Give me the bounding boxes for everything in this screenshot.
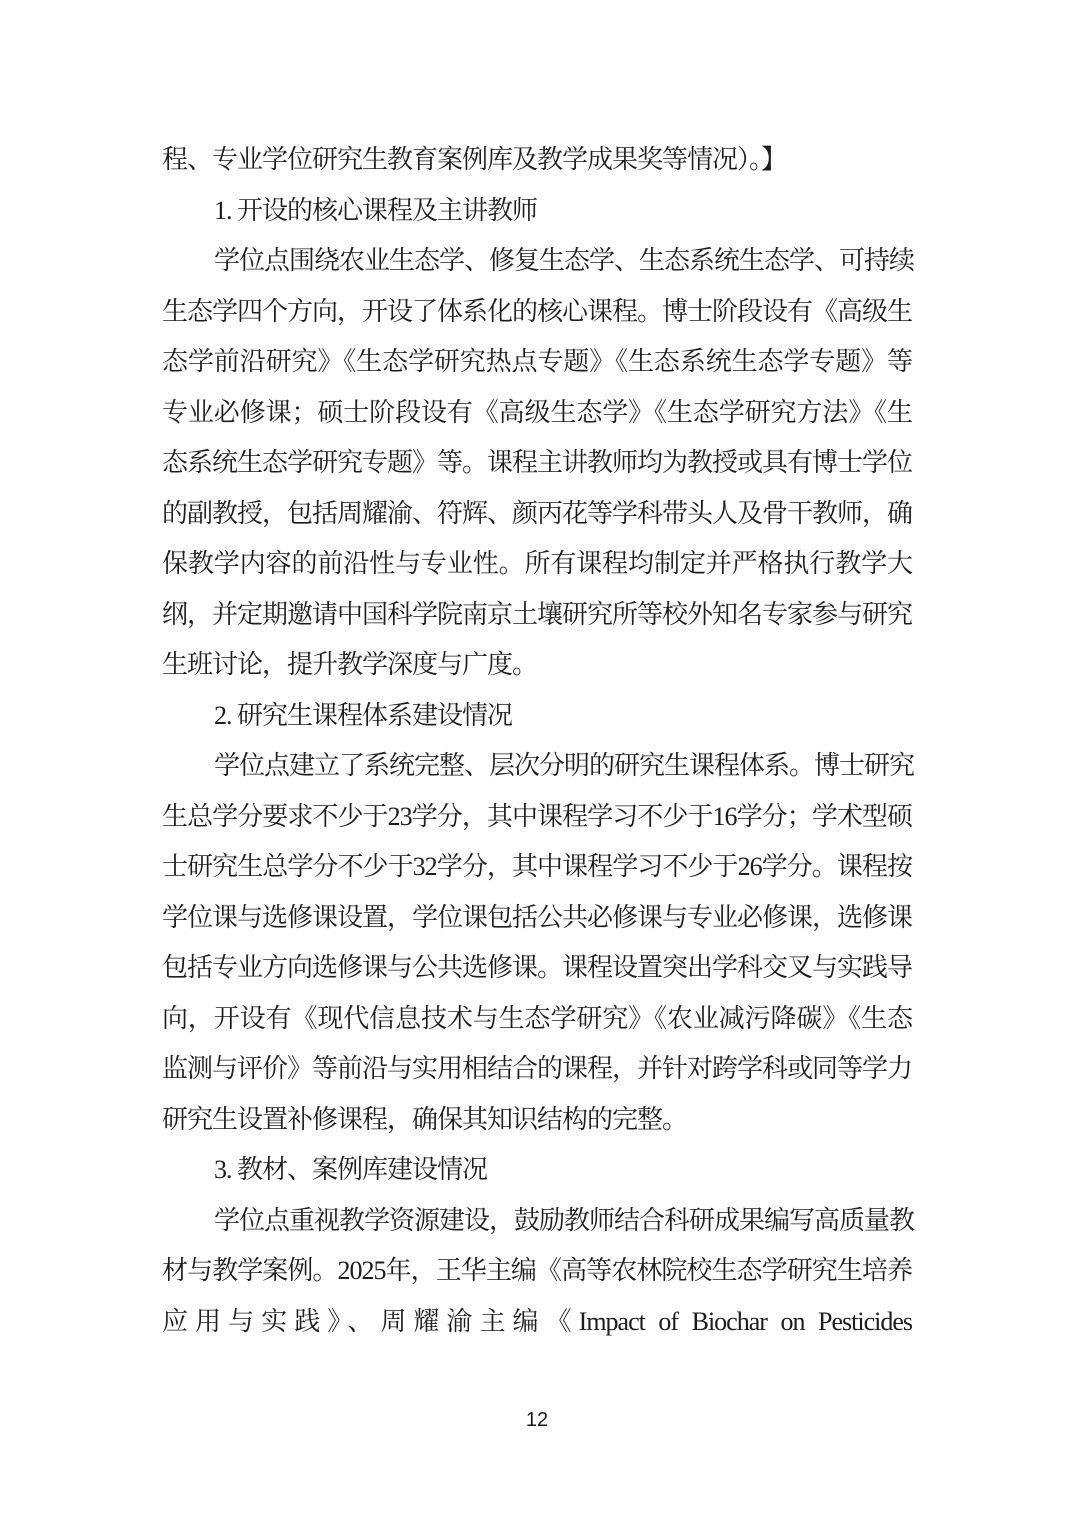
text-line: 士研究生总学分不少于32学分，其中课程学习不少于26学分。课程按 [162, 842, 912, 893]
document-text: 程、专业学位研究生教育案例库及教学成果奖等情况）。】 1. 开设的核心课程及主讲… [162, 135, 912, 1347]
text-line: 应用与实践》、周耀渝主编《Impact of Biochar on Pestic… [162, 1297, 912, 1348]
section-heading-3: 3. 教材、案例库建设情况 [162, 1145, 912, 1196]
text-line: 态系统生态学研究专题》等。课程主讲教师均为教授或具有博士学位 [162, 438, 912, 489]
section-heading-1: 1. 开设的核心课程及主讲教师 [162, 186, 912, 237]
text-line: 保教学内容的前沿性与专业性。所有课程均制定并严格执行教学大 [162, 539, 912, 590]
paragraph-continuation-line: 程、专业学位研究生教育案例库及教学成果奖等情况）。】 [162, 135, 912, 186]
text-line: 专业必修课；硕士阶段设有《高级生态学》《生态学研究方法》《生 [162, 388, 912, 439]
text-line: 生态学四个方向，开设了体系化的核心课程。博士阶段设有《高级生 [162, 287, 912, 338]
text-line: 包括专业方向选修课与公共选修课。课程设置突出学科交叉与实践导 [162, 943, 912, 994]
text-line: 纲，并定期邀请中国科学院南京土壤研究所等校外知名专家参与研究 [162, 590, 912, 641]
text-line: 态学前沿研究》《生态学研究热点专题》《生态系统生态学专题》等 [162, 337, 912, 388]
page-number: 12 [0, 1405, 1074, 1435]
text-line: 学位点围绕农业生态学、修复生态学、生态系统生态学、可持续 [162, 236, 912, 287]
text-line: 的副教授，包括周耀渝、符辉、颜丙花等学科带头人及骨干教师，确 [162, 489, 912, 540]
text-line: 材与教学案例。2025年，王华主编《高等农林院校生态学研究生培养 [162, 1246, 912, 1297]
section-heading-2: 2. 研究生课程体系建设情况 [162, 691, 912, 742]
document-page: 程、专业学位研究生教育案例库及教学成果奖等情况）。】 1. 开设的核心课程及主讲… [0, 0, 1074, 1520]
text-line: 向，开设有《现代信息技术与生态学研究》《农业减污降碳》《生态 [162, 994, 912, 1045]
text-line: 学位点重视教学资源建设，鼓励教师结合科研成果编写高质量教 [162, 1196, 912, 1247]
text-line: 学位课与选修课设置，学位课包括公共必修课与专业必修课，选修课 [162, 893, 912, 944]
text-line: 监测与评价》等前沿与实用相结合的课程，并针对跨学科或同等学力 [162, 1044, 912, 1095]
paragraph-end-line: 研究生设置补修课程，确保其知识结构的完整。 [162, 1095, 912, 1146]
text-line: 学位点建立了系统完整、层次分明的研究生课程体系。博士研究 [162, 741, 912, 792]
text-line: 生总学分要求不少于23学分，其中课程学习不少于16学分；学术型硕 [162, 792, 912, 843]
paragraph-end-line: 生班讨论，提升教学深度与广度。 [162, 640, 912, 691]
